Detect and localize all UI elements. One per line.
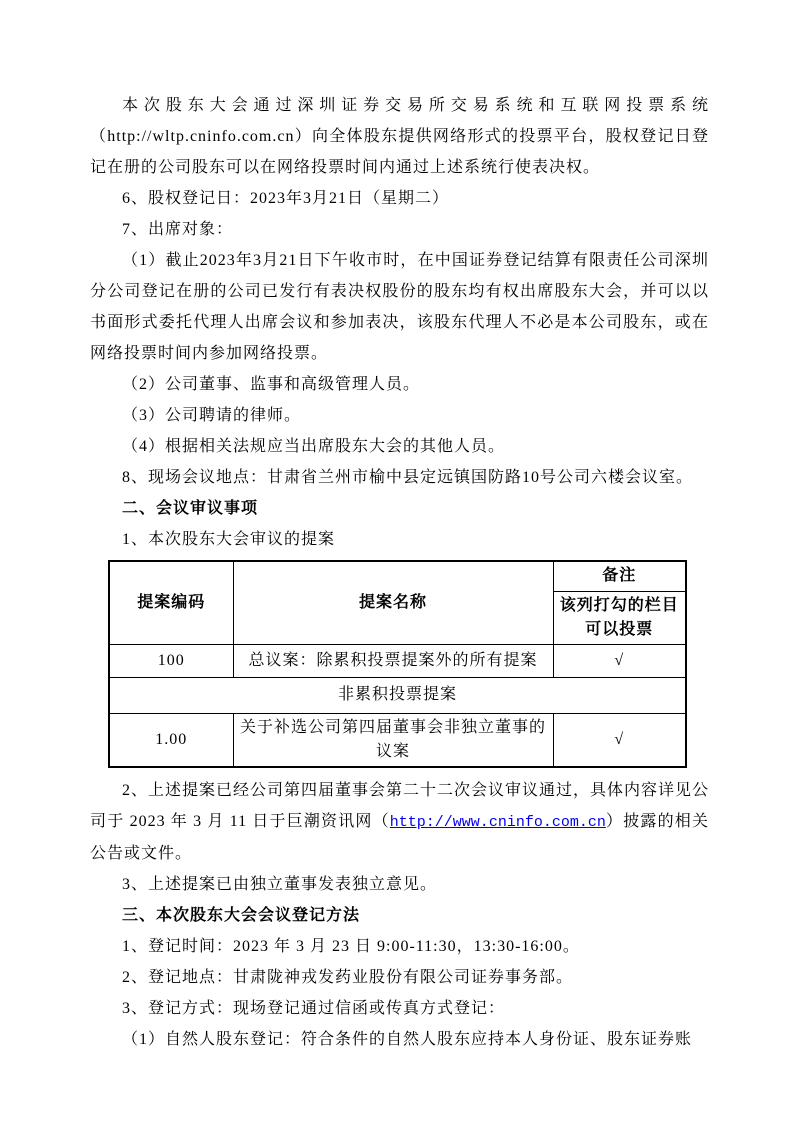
cell-proposal-code: 100 [109,644,233,677]
cell-proposal-name: 总议案：除累积投票提案外的所有提案 [233,644,553,677]
list-item-attendees-3: （3）公司聘请的律师。 [90,400,709,431]
cninfo-link[interactable]: http://www.cninfo.com.cn [390,814,606,831]
table-header-row: 提案编码 提案名称 备注 [109,561,686,591]
list-item-attendees-4: （4）根据相关法规应当出席股东大会的其他人员。 [90,431,709,462]
document-page: 本次股东大会通过深圳证券交易所交易系统和互联网投票系统（http://wltp.… [0,0,793,1122]
cell-section-title: 非累积投票提案 [109,677,686,713]
col-header-proposal-code: 提案编码 [109,561,233,644]
table-row-proposal-1: 1.00 关于补选公司第四届董事会非独立董事的议案 √ [109,713,686,767]
table-row-section-title: 非累积投票提案 [109,677,686,713]
registration-method: 3、登记方式：现场登记通过信函或传真方式登记： [90,993,709,1024]
section-2-heading: 二、会议审议事项 [90,493,709,524]
list-item-record-date: 6、股权登记日：2023年3月21日（星期二） [90,183,709,214]
cell-proposal-code: 1.00 [109,713,233,767]
section-3-heading: 三、本次股东大会会议登记方法 [90,900,709,931]
cell-proposal-name: 关于补选公司第四届董事会非独立董事的议案 [233,713,553,767]
list-item-meeting-place: 8、现场会议地点：甘肃省兰州市榆中县定远镇国防路10号公司六楼会议室。 [90,462,709,493]
list-item-attendees-2: （2）公司董事、监事和高级管理人员。 [90,369,709,400]
registration-place: 2、登记地点：甘肃陇神戎发药业股份有限公司证券事务部。 [90,962,709,993]
proposals-table: 提案编码 提案名称 备注 该列打勾的栏目可以投票 100 总议案：除累积投票提案… [108,560,687,768]
col-header-proposal-name: 提案名称 [233,561,553,644]
list-item-attendees-1: （1）截止2023年3月21日下午收市时，在中国证券登记结算有限责任公司深圳分公… [90,245,709,369]
para-network-voting: 本次股东大会通过深圳证券交易所交易系统和互联网投票系统（http://wltp.… [90,90,709,183]
registration-natural-person: （1）自然人股东登记：符合条件的自然人股东应持本人身份证、股东证券账 [90,1024,709,1055]
section-2-item-3: 3、上述提案已由独立董事发表独立意见。 [90,869,709,900]
registration-time: 1、登记时间：2023 年 3 月 23 日 9:00-11:30，13:30-… [90,931,709,962]
section-2-item-1: 1、本次股东大会审议的提案 [90,524,709,555]
check-mark: √ [553,644,686,677]
list-item-attendees: 7、出席对象： [90,214,709,245]
para-proposal-approved: 2、上述提案已经公司第四届董事会第二十二次会议审议通过，具体内容详见公司于 20… [90,775,709,869]
table-row-general-proposal: 100 总议案：除累积投票提案外的所有提案 √ [109,644,686,677]
col-header-remark: 备注 [553,561,686,591]
check-mark: √ [553,713,686,767]
col-header-remark-note: 该列打勾的栏目可以投票 [553,591,686,644]
